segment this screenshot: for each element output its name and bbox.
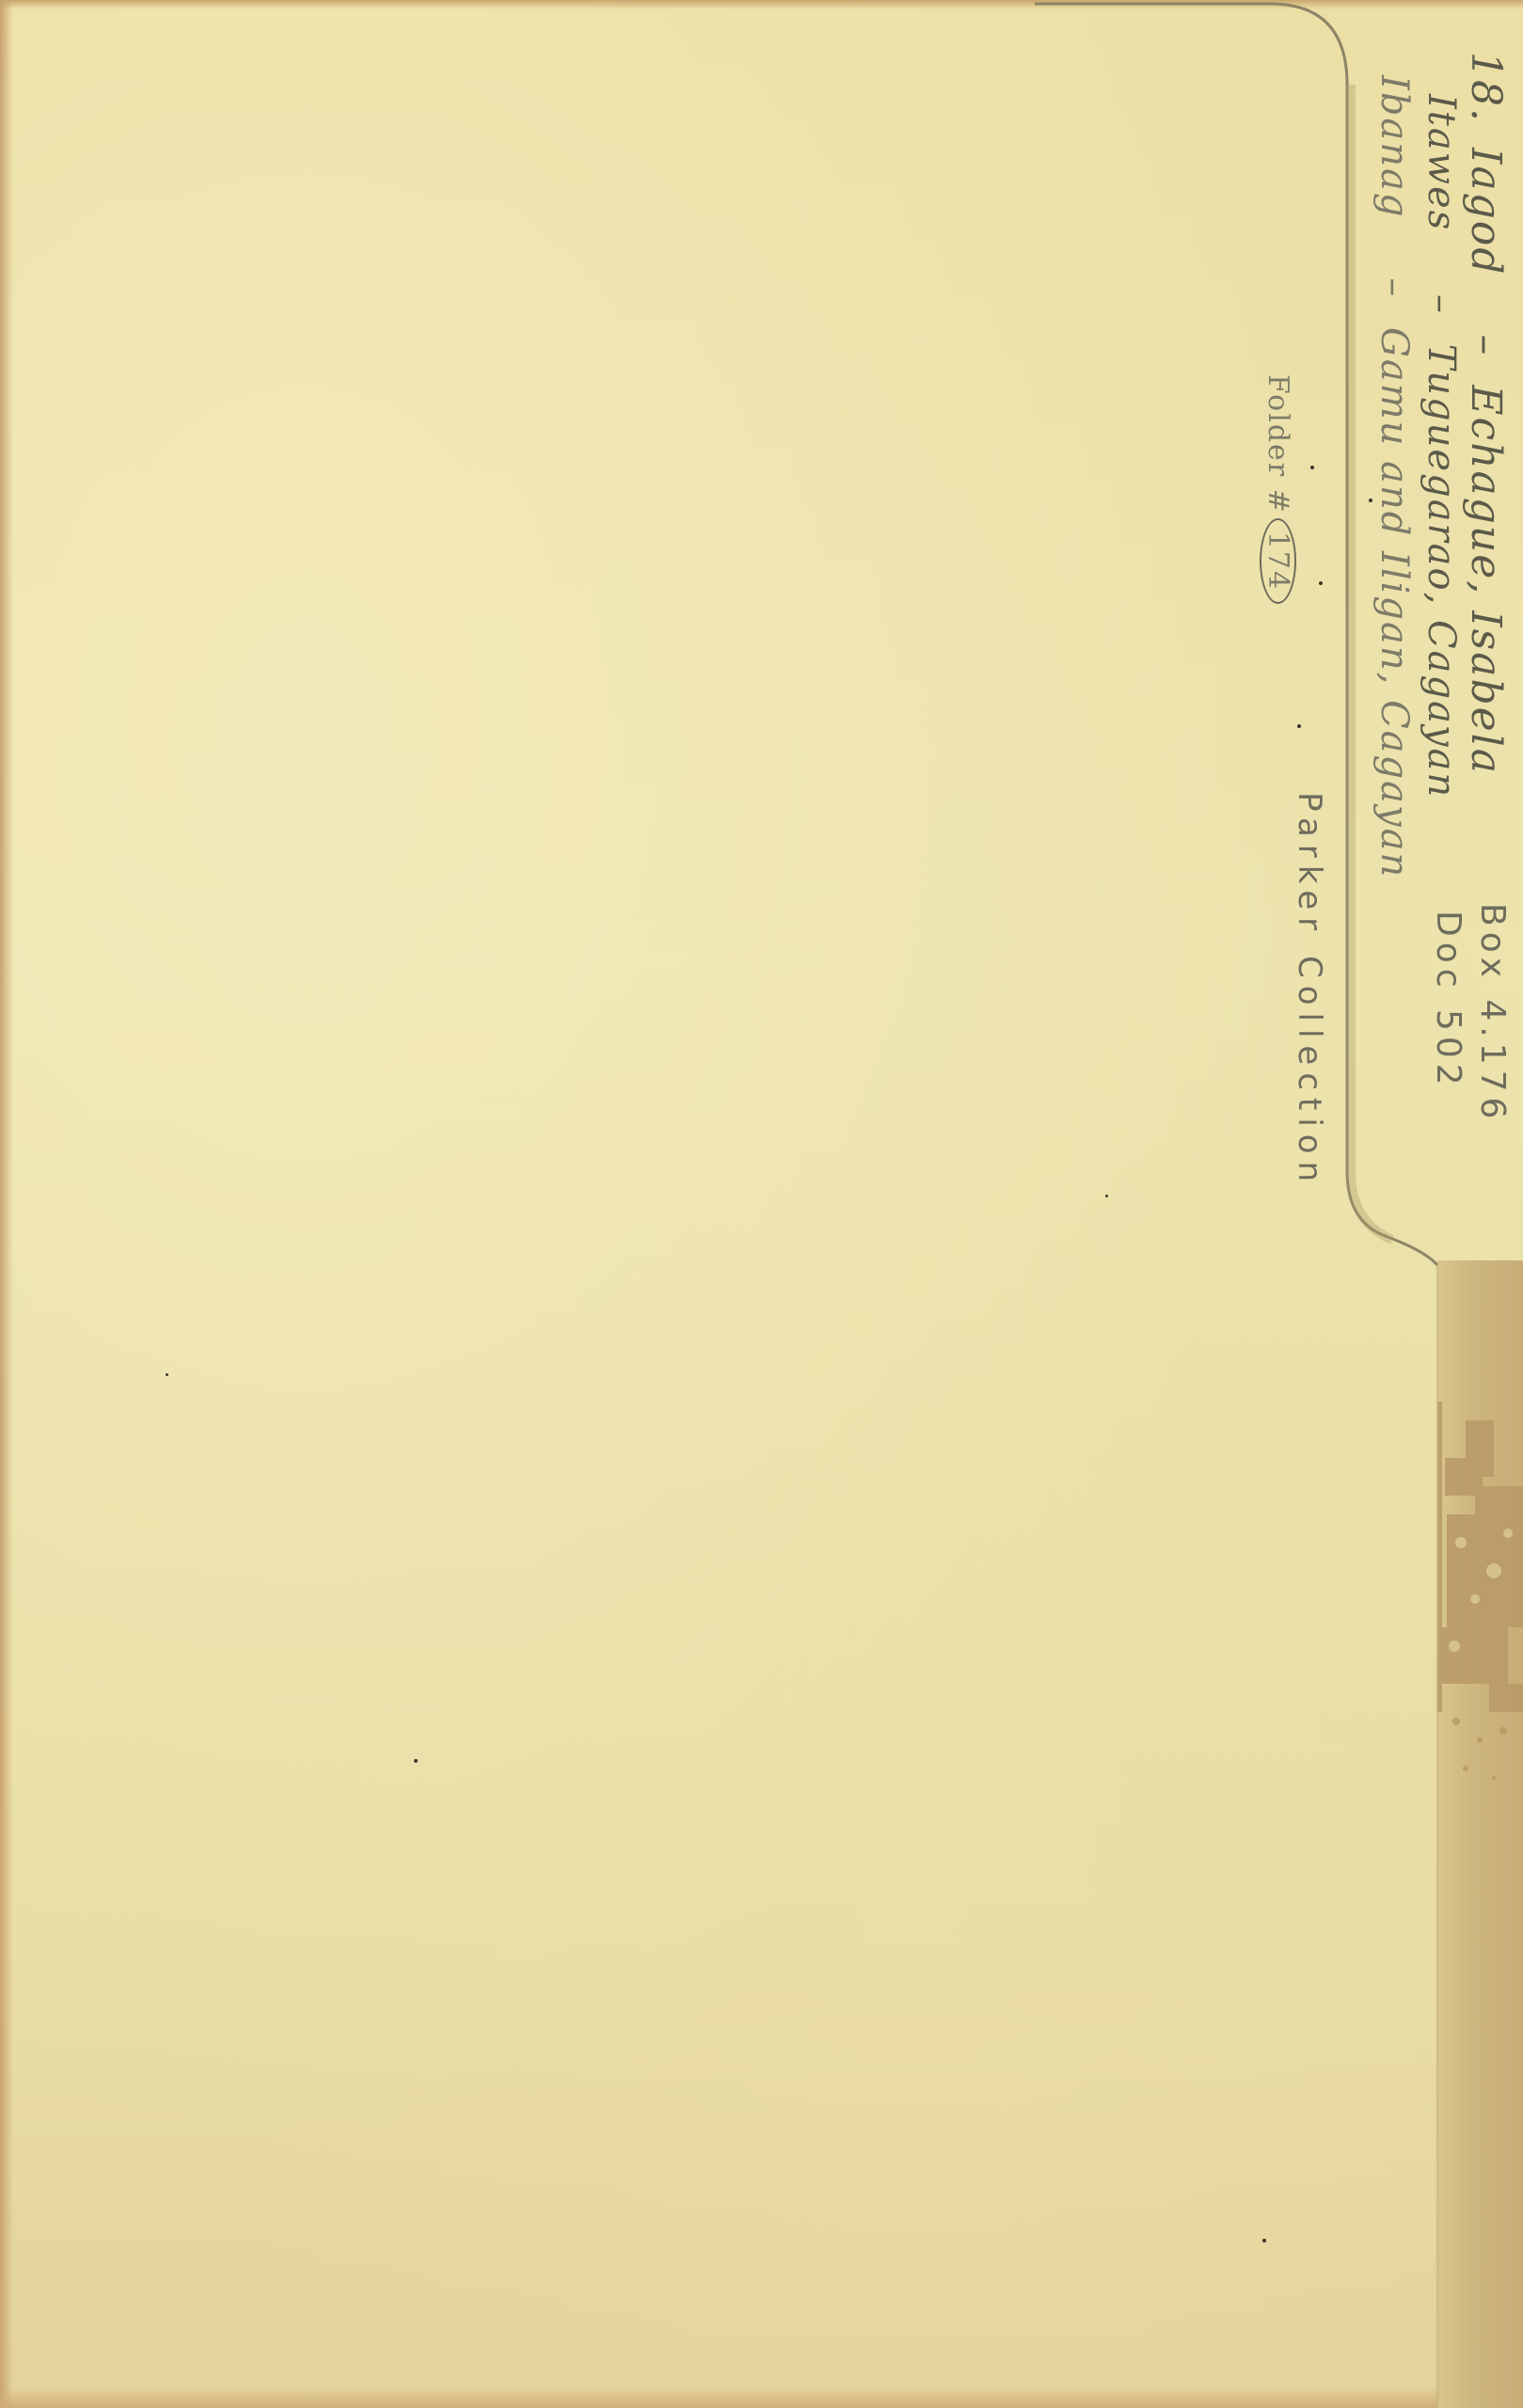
tab-label-line-1: 18. Iagod – Echague, Isabela — [1462, 52, 1510, 775]
line-1-number: 18. — [1462, 52, 1510, 123]
line-3-location: Gamu and Iligan, Cagayan — [1372, 327, 1416, 879]
tab-label-line-2: Itawes – Tuguegarao, Cagayan — [1420, 94, 1463, 799]
line-1-dash: – — [1462, 334, 1510, 356]
speck — [1310, 466, 1314, 469]
speck — [1319, 581, 1323, 585]
line-3-dash: – — [1372, 277, 1416, 298]
folder-number-circled: 174 — [1260, 518, 1296, 604]
line-2-dash: – — [1420, 294, 1463, 315]
folder-tab-outline — [0, 0, 1523, 2408]
line-1-location: Echague, Isabela — [1462, 385, 1510, 775]
speck — [1297, 724, 1301, 728]
doc-number: Doc 502 — [1429, 911, 1467, 1091]
speck — [414, 1759, 418, 1763]
speck — [1105, 1195, 1108, 1197]
collection-label: Parker Collection — [1291, 792, 1328, 1189]
line-2-group: Itawes — [1420, 94, 1463, 231]
folder-number-label: Folder #174 — [1260, 374, 1296, 604]
line-1-group: Iagod — [1462, 148, 1510, 276]
speck — [1262, 2239, 1266, 2242]
speck — [166, 1373, 168, 1376]
line-2-location: Tuguegarao, Cagayan — [1420, 344, 1463, 800]
folder-label: Folder # — [1261, 374, 1294, 515]
speck — [1369, 499, 1372, 502]
tab-label-line-3: Ibanag – Gamu and Iligan, Cagayan — [1372, 75, 1416, 879]
box-number: Box 4.176 — [1473, 903, 1512, 1124]
line-3-group: Ibanag — [1372, 75, 1416, 218]
